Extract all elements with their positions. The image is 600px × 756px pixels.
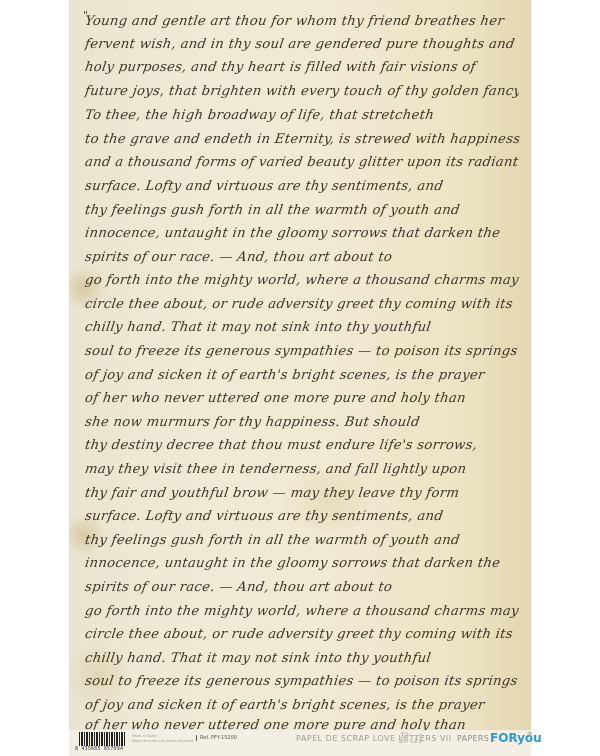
handwritten-line: To thee, the high broadway of life, that… <box>84 108 520 123</box>
handwritten-line: go forth into the mighty world, where a … <box>84 273 520 288</box>
handwritten-line: of her who never uttered one more pure a… <box>84 391 520 406</box>
brand-logo-papers: PAPERS <box>457 734 489 743</box>
product-footer-strip: 8 435665 857094 Made in Spain Papel de s… <box>69 730 531 756</box>
handwritten-line: and a thousand forms of varied beauty gl… <box>84 155 520 170</box>
handwritten-line: spirits of our race. — And, thou art abo… <box>84 580 520 595</box>
handwritten-line: circle thee about, or rude adversity gre… <box>84 297 520 312</box>
handwritten-line: chilly hand. That it may not sink into t… <box>84 320 520 335</box>
ghost-script-text: But <box>399 731 424 747</box>
handwritten-line: thy destiny decree that thou must endure… <box>84 438 520 453</box>
handwritten-line: surface. Lofty and virtuous are thy sent… <box>84 179 520 194</box>
handwritten-line: of joy and sicken it of earth's bright s… <box>84 698 520 713</box>
handwritten-line: fervent wish, and in thy soul are gender… <box>84 37 520 52</box>
handwritten-line: thy fair and youthful brow — may they le… <box>84 486 520 501</box>
letter-paper: " Young and gentle art thou for whom thy… <box>69 0 531 730</box>
handwritten-line: she now murmurs for thy happiness. But s… <box>84 415 520 430</box>
handwritten-line: innocence, untaught in the gloomy sorrow… <box>84 556 520 571</box>
handwritten-line: spirits of our race. — And, thou art abo… <box>84 250 520 265</box>
product-reference: Ref. PFY-15200 <box>196 735 237 741</box>
handwritten-line: soul to freeze its generous sympathies —… <box>84 344 520 359</box>
barcode-icon <box>79 732 125 746</box>
handwritten-line: of her who never uttered one more pure a… <box>84 718 520 730</box>
handwritten-line: Young and gentle art thou for whom thy f… <box>84 14 520 29</box>
handwritten-line: chilly hand. That it may not sink into t… <box>84 651 520 666</box>
handwritten-line: to the grave and endeth in Eternity, is … <box>84 132 520 147</box>
collection-title: PAPEL DE SCRAP LOVE LETTERS VII <box>296 734 452 743</box>
handwritten-line: innocence, untaught in the gloomy sorrow… <box>84 226 520 241</box>
handwritten-line: thy feelings gush forth in all the warmt… <box>84 533 520 548</box>
barcode-number: 8 435665 857094 <box>75 746 123 752</box>
handwritten-line: holy purposes, and thy heart is filled w… <box>84 60 520 75</box>
registered-mark: ® <box>527 731 533 738</box>
handwritten-line: may they visit thee in tenderness, and f… <box>84 462 520 477</box>
handwritten-line: thy feelings gush forth in all the warmt… <box>84 203 520 218</box>
handwritten-line: soul to freeze its generous sympathies —… <box>84 674 520 689</box>
handwritten-line: future joys, that brighten with every to… <box>84 84 520 99</box>
handwritten-line: of joy and sicken it of earth's bright s… <box>84 368 520 383</box>
handwritten-line: go forth into the mighty world, where a … <box>84 604 520 619</box>
product-info-line: Papel de scrap con fibras naturales <box>132 739 194 744</box>
handwritten-line: surface. Lofty and virtuous are thy sent… <box>84 509 520 524</box>
product-info: Made in Spain Papel de scrap con fibras … <box>132 734 194 744</box>
handwritten-line: circle thee about, or rude adversity gre… <box>84 627 520 642</box>
brand-logo-foryou: FORyou <box>490 731 542 745</box>
